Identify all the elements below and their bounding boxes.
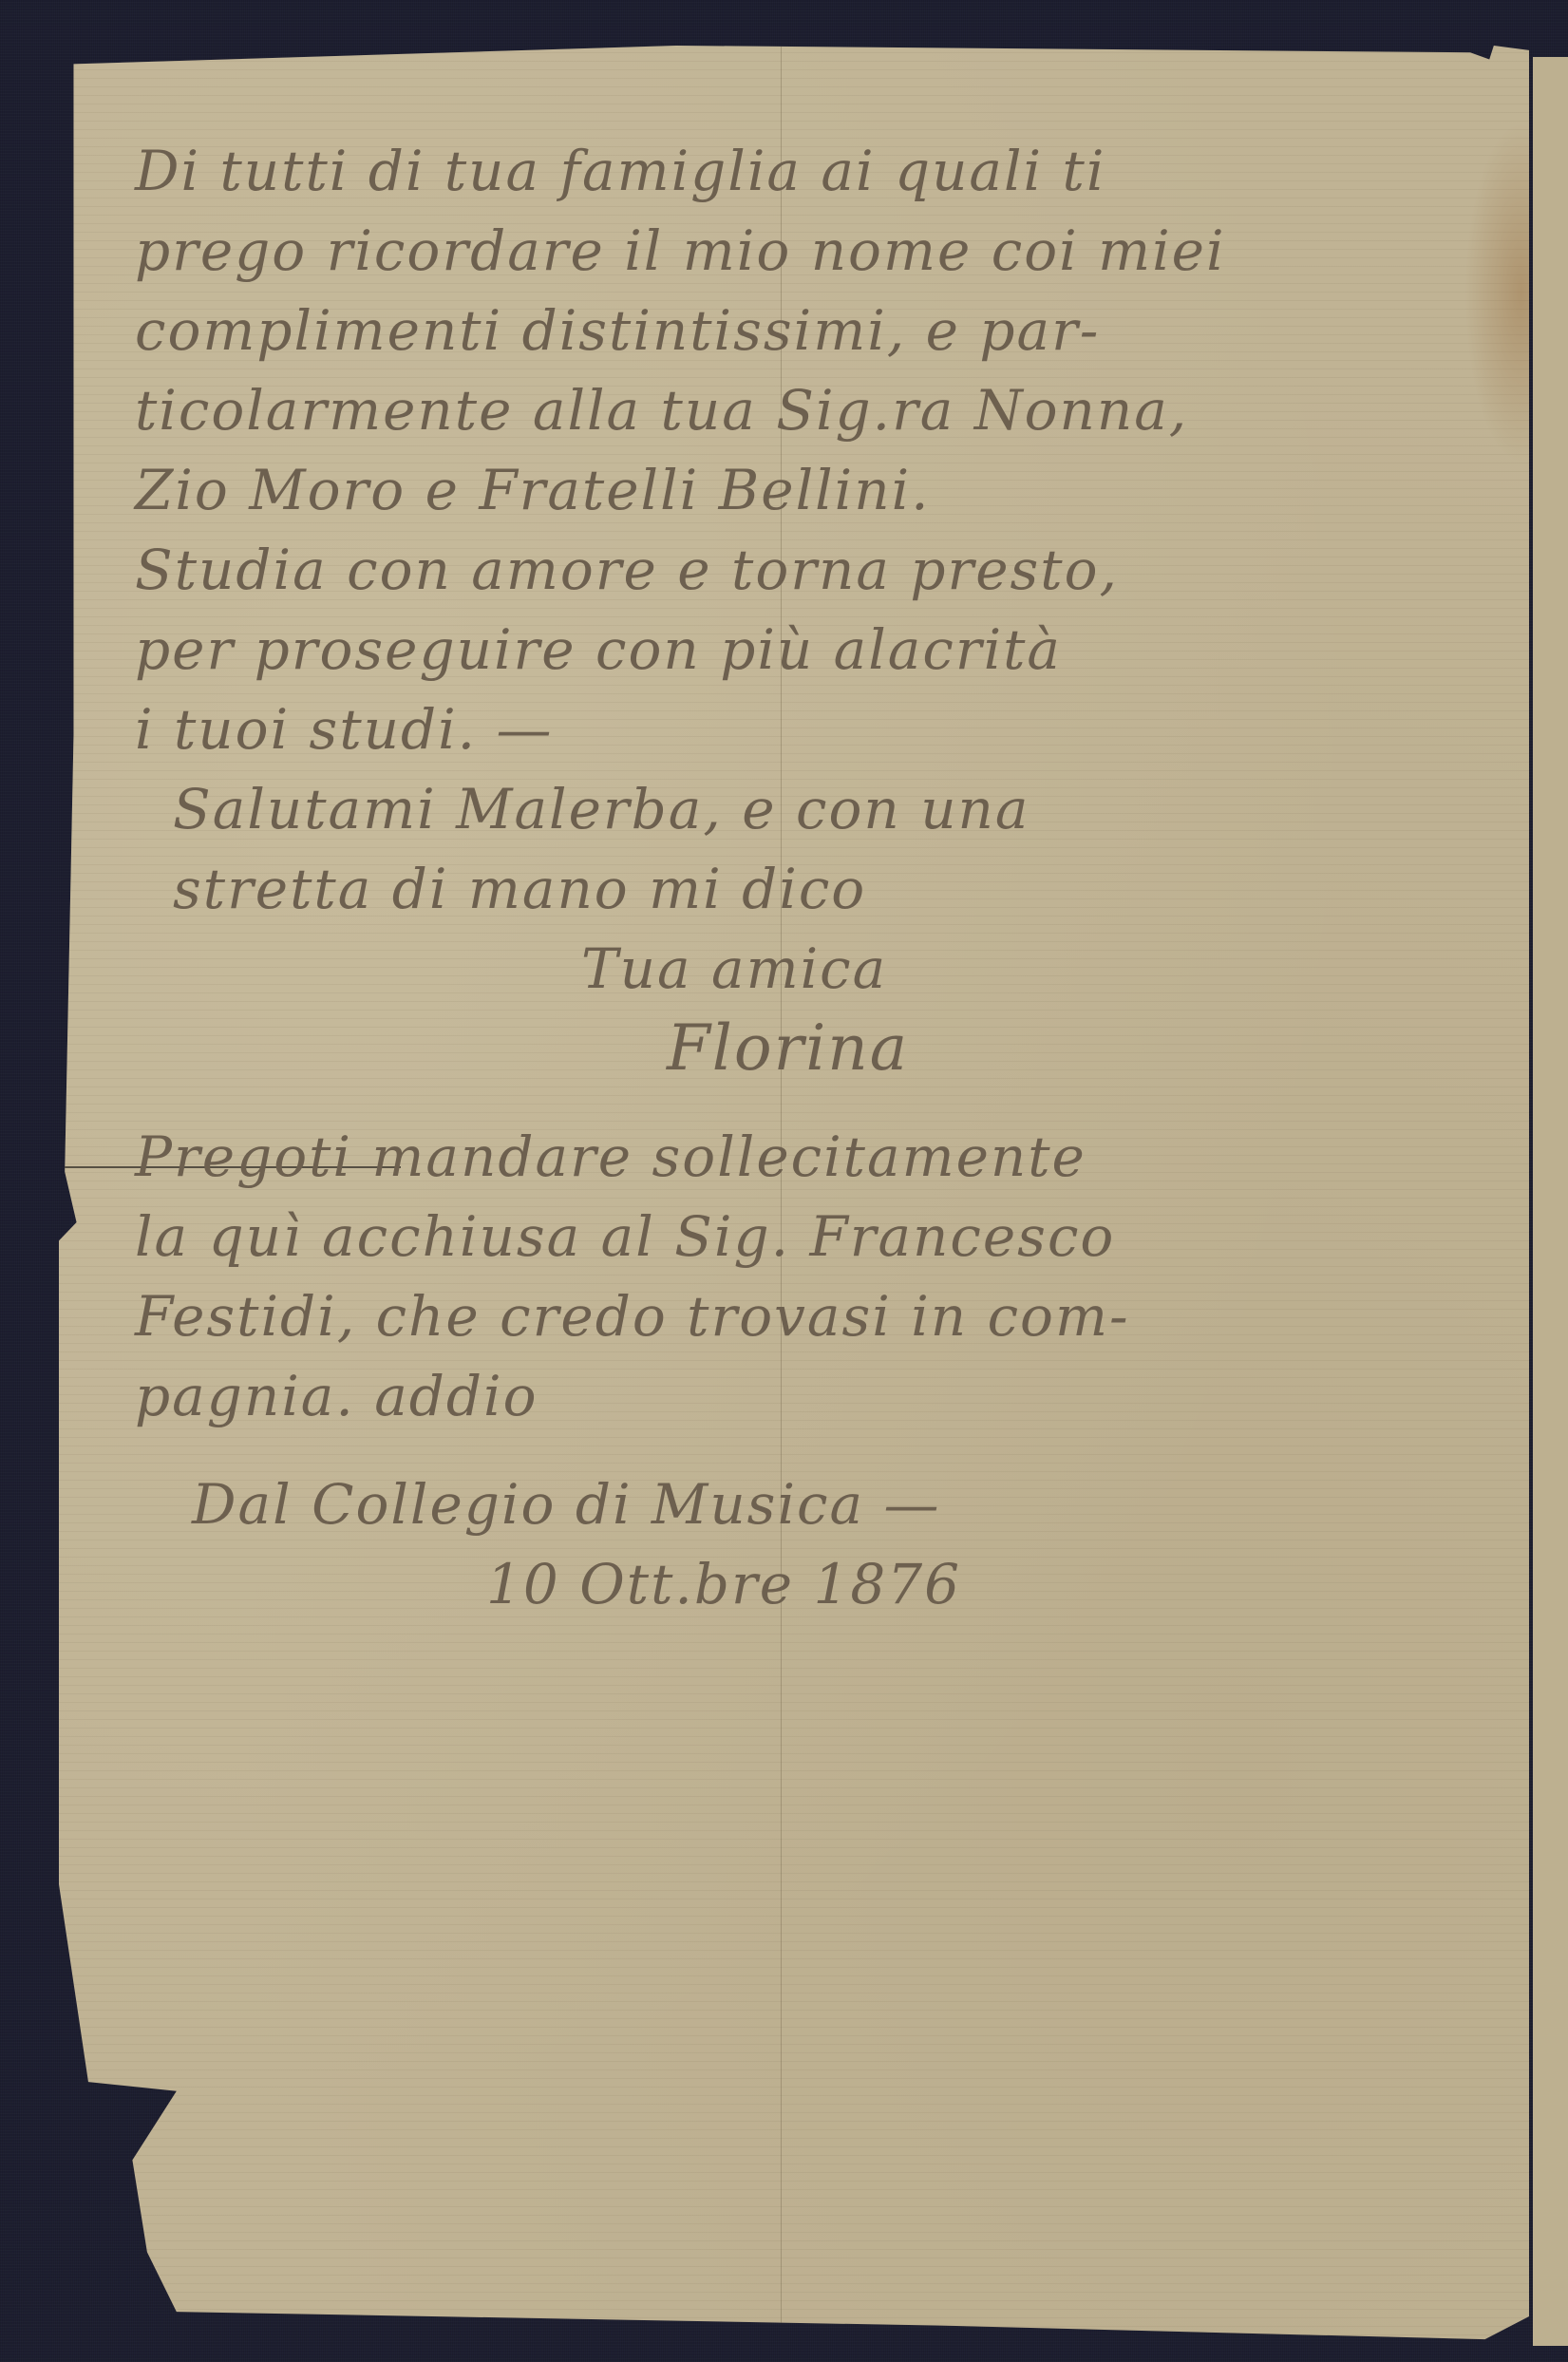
adjacent-page-edge [1533,57,1568,2346]
body-line: prego ricordare il mio nome coi miei [135,211,1483,291]
body-line: ticolarmente alla tua Sig.ra Nonna, [135,370,1483,450]
postscript-line: la quì acchiusa al Sig. Francesco [135,1197,1483,1276]
postscript-line: Pregoti mandare sollecitamente [135,1117,1483,1197]
body-line: Zio Moro e Fratelli Bellini. [135,450,1483,530]
body-line: Salutami Malerba, e con una [135,769,1483,849]
body-line: Di tutti di tua famiglia ai quali ti [135,131,1483,211]
signature: Florina [135,1009,1483,1088]
page-gutter [1529,46,1532,2344]
body-line: per proseguire con più alacrità [135,610,1483,690]
body-line: i tuoi studi. — [135,690,1483,769]
closing: Tua amica [135,929,1483,1009]
body-line: stretta di mano mi dico [135,849,1483,929]
letter-text: Di tutti di tua famiglia ai quali ti pre… [135,131,1483,1624]
postscript-line: Festidi, che credo trovasi in com- [135,1276,1483,1356]
body-line: Studia con amore e torna presto, [135,530,1483,610]
date-line: 10 Ott.bre 1876 [135,1544,1483,1624]
body-line: complimenti distintissimi, e par- [135,291,1483,370]
letter-page: Di tutti di tua famiglia ai quali ti pre… [59,46,1529,2344]
postscript: Pregoti mandare sollecitamente la quì ac… [135,1117,1483,1436]
postscript-line: pagnia. addio [135,1356,1483,1436]
place-line: Dal Collegio di Musica — [135,1464,1483,1544]
